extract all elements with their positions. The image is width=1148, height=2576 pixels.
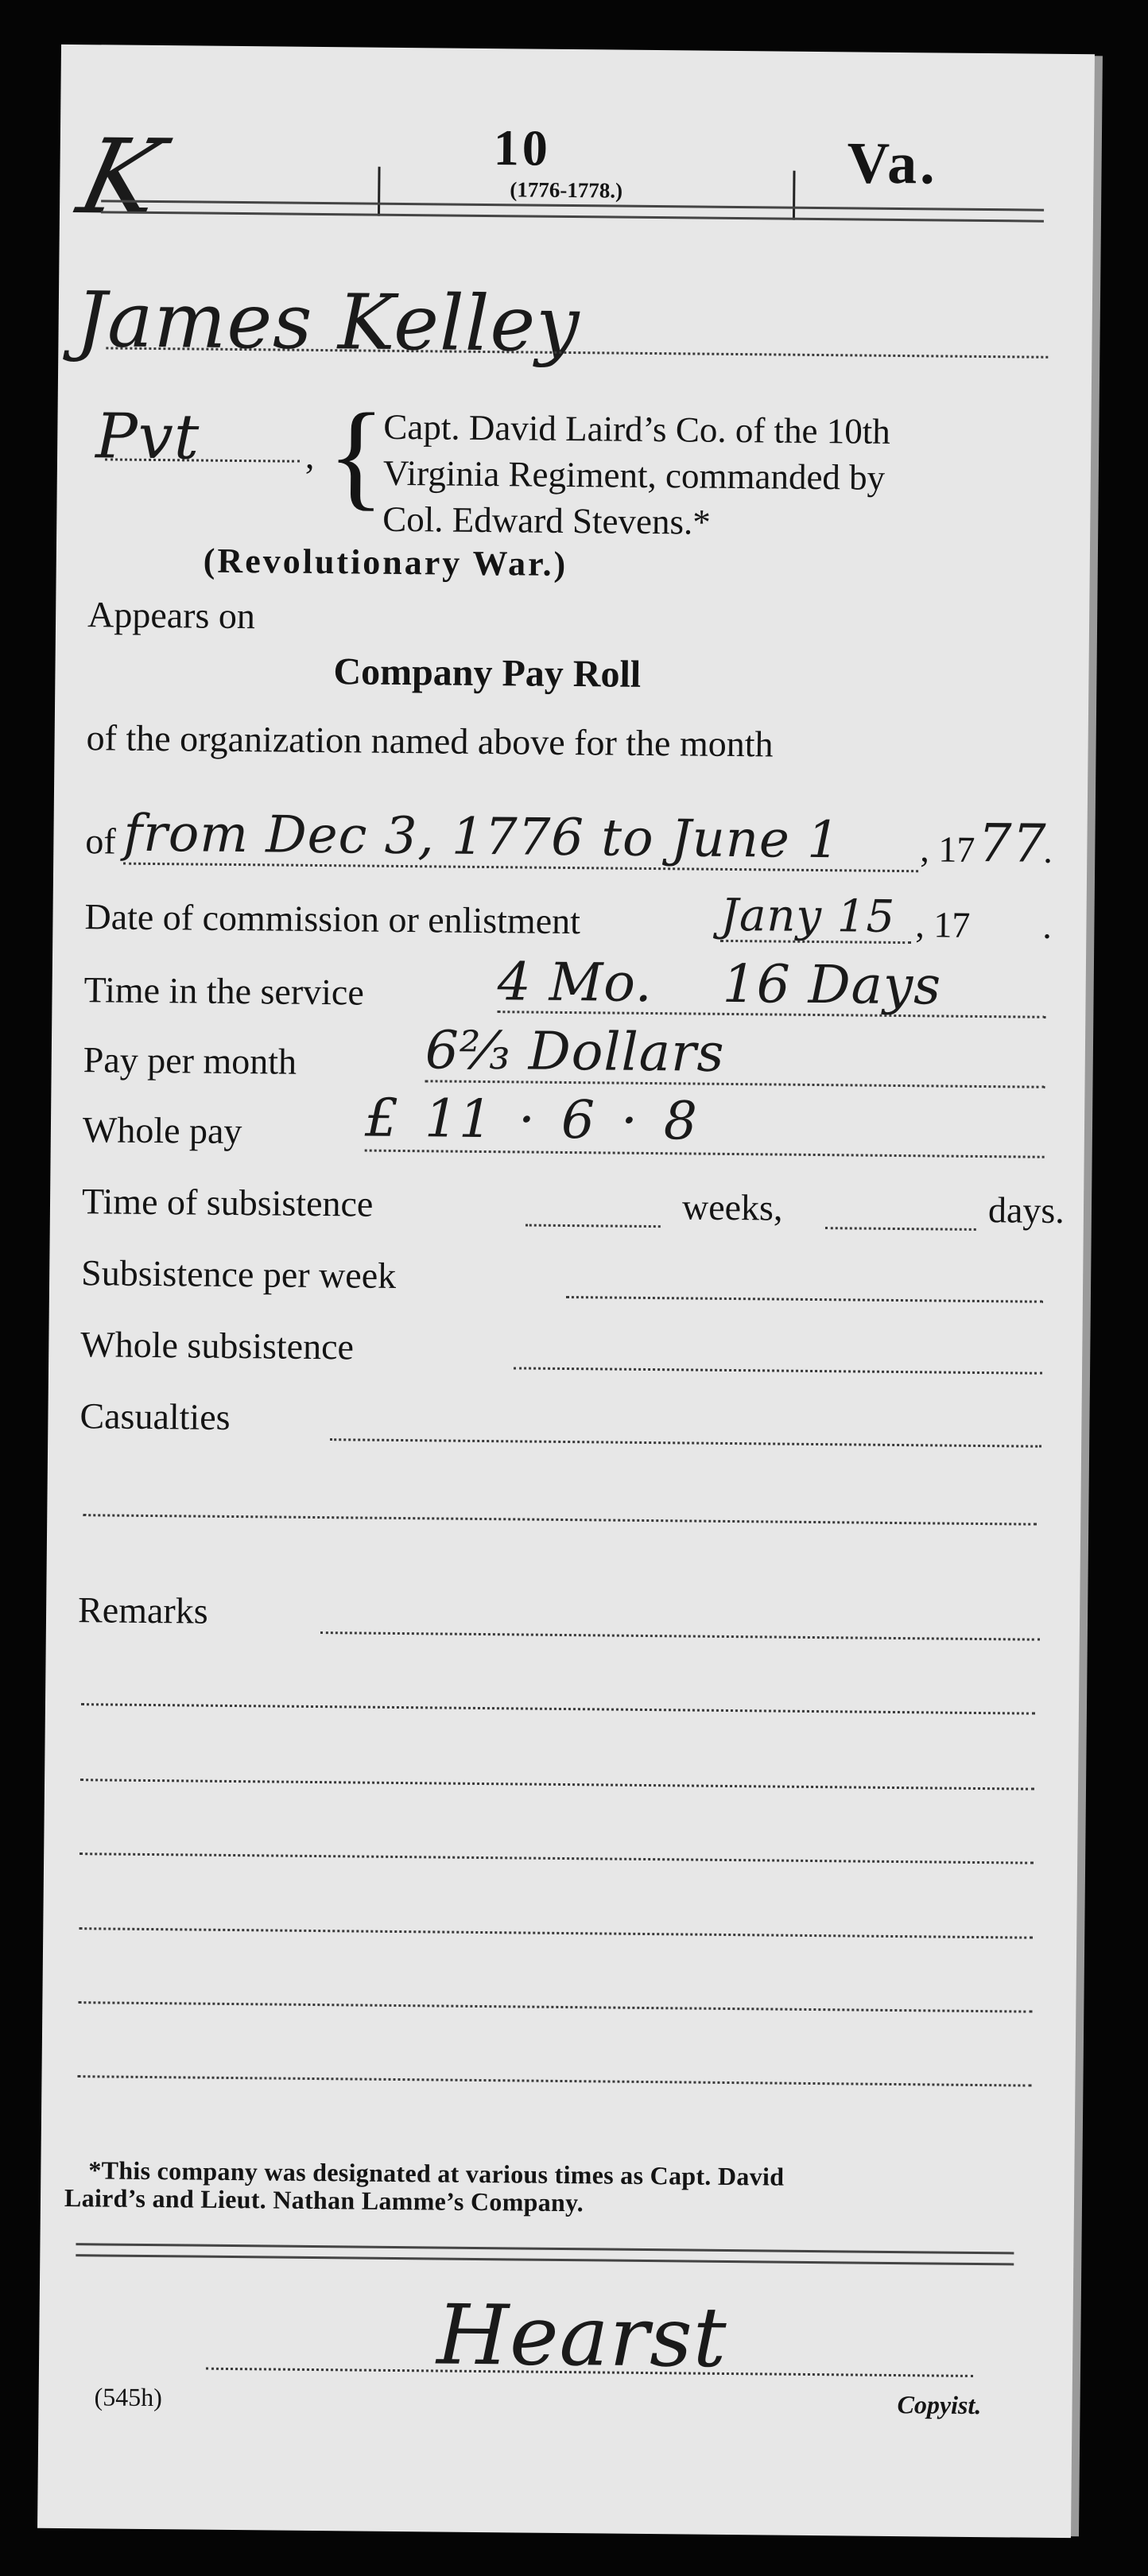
pay-per-month-value[interactable]: 6⅔ Dollars bbox=[425, 1019, 725, 1084]
enlistment-label: Date of commission or enlistment bbox=[84, 895, 580, 942]
month-prefix: of bbox=[85, 820, 116, 862]
enlistment-end: . bbox=[1042, 905, 1052, 947]
header-rule-bottom bbox=[101, 211, 1044, 222]
remarks-line-2[interactable] bbox=[81, 1703, 1035, 1715]
organization-block: Capt. David Laird’s Co. of the 10th Virg… bbox=[382, 404, 890, 547]
soldier-rank[interactable]: Pvt bbox=[95, 401, 200, 473]
copyist-label: Copyist. bbox=[897, 2390, 981, 2420]
header-divider-left bbox=[378, 167, 381, 216]
remarks-line-3[interactable] bbox=[80, 1779, 1034, 1790]
whole-subsistence-line[interactable] bbox=[514, 1367, 1042, 1374]
remarks-line-6[interactable] bbox=[78, 2001, 1032, 2013]
subsistence-time-label: Time of subsistence bbox=[82, 1180, 374, 1225]
organization-brace: { bbox=[327, 395, 385, 515]
casualties-line-2[interactable] bbox=[83, 1514, 1037, 1526]
service-value[interactable]: 4 Mo. 16 Days bbox=[497, 951, 941, 1016]
header-divider-right bbox=[793, 171, 796, 220]
subsistence-days-line[interactable] bbox=[825, 1227, 976, 1231]
organization-line-3: Col. Edward Stevens.* bbox=[382, 496, 890, 547]
subsistence-per-week-label: Subsistence per week bbox=[81, 1251, 396, 1297]
enlistment-year-prefix: , 17 bbox=[915, 903, 971, 946]
month-value[interactable]: from Dec 3, 1776 to June 1 bbox=[123, 805, 840, 871]
subsistence-weeks-label: weeks, bbox=[682, 1185, 783, 1228]
casualties-label: Casualties bbox=[80, 1395, 231, 1438]
intro-text: of the organization named above for the … bbox=[86, 716, 773, 765]
remarks-line-4[interactable] bbox=[80, 1852, 1034, 1864]
whole-subsistence-label: Whole subsistence bbox=[80, 1323, 354, 1368]
remarks-line-1[interactable] bbox=[320, 1631, 1040, 1641]
whole-pay-line bbox=[365, 1150, 1045, 1158]
subsistence-per-week-line[interactable] bbox=[566, 1296, 1043, 1303]
month-year-prefix: , 17 bbox=[920, 828, 975, 871]
index-letter: K bbox=[69, 116, 174, 238]
muster-card: K 10 (1776-1778.) Va. James Kelley Pvt ,… bbox=[37, 45, 1095, 2538]
enlistment-value[interactable]: Jany 15 bbox=[720, 890, 895, 943]
form-number: (545h) bbox=[94, 2382, 162, 2412]
remarks-line-7[interactable] bbox=[77, 2075, 1031, 2087]
footer-rule-bottom bbox=[76, 2254, 1014, 2265]
record-type: Company Pay Roll bbox=[333, 650, 641, 696]
casualties-line-1[interactable] bbox=[330, 1438, 1041, 1448]
organization-line-1: Capt. David Laird’s Co. of the 10th bbox=[383, 404, 890, 455]
pay-per-month-line bbox=[425, 1080, 1045, 1088]
pay-per-month-label: Pay per month bbox=[83, 1038, 297, 1083]
whole-pay-value[interactable]: £ 11 · 6 · 8 bbox=[365, 1088, 699, 1152]
whole-pay-label: Whole pay bbox=[83, 1108, 242, 1152]
footnote-line-2: Laird’s and Lieut. Nathan Lamme’s Compan… bbox=[64, 2183, 584, 2217]
rank-comma: , bbox=[305, 435, 315, 477]
appears-on-label: Appears on bbox=[87, 593, 255, 637]
remarks-label: Remarks bbox=[78, 1589, 208, 1632]
subsistence-weeks-line[interactable] bbox=[526, 1224, 661, 1228]
footer-rule-top bbox=[76, 2243, 1014, 2254]
service-label: Time in the service bbox=[83, 968, 364, 1013]
subsistence-days-label: days. bbox=[988, 1189, 1065, 1232]
soldier-name[interactable]: James Kelley bbox=[76, 275, 580, 369]
remarks-line-5[interactable] bbox=[79, 1927, 1033, 1939]
organization-line-2: Virginia Regiment, commanded by bbox=[383, 450, 890, 501]
state-abbrev: Va. bbox=[847, 130, 938, 198]
month-end: . bbox=[1043, 829, 1053, 871]
regiment-years: (1776-1778.) bbox=[510, 177, 622, 203]
regiment-number: 10 bbox=[493, 118, 551, 178]
month-year-value[interactable]: 77 bbox=[978, 813, 1047, 875]
war-heading: (Revolutionary War.) bbox=[204, 541, 568, 584]
